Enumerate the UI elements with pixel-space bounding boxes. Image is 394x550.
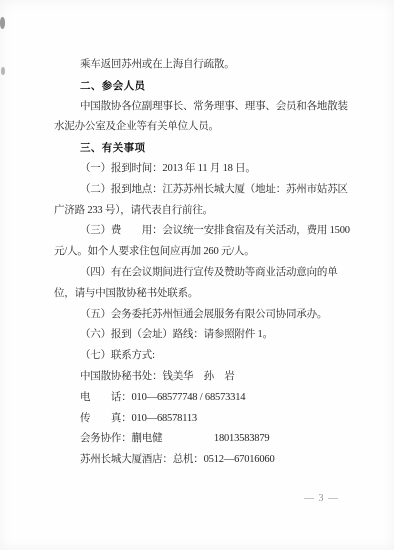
text-line: 电 话：010—68577748 / 68573314 <box>54 388 346 409</box>
text-line: 中国散协秘书处：钱美华 孙 岩 <box>54 367 346 388</box>
text-line: （二）报到地点：江苏苏州长城大厦（地址：苏州市姑苏区 <box>54 180 346 201</box>
text-line: （四）有在会议期间进行宣传及赞助等商业活动意向的单 <box>54 263 346 284</box>
scanned-page: 乘车返回苏州或在上海自行疏散。二、参会人员中国散协各位副理事长、常务理事、理事、… <box>0 0 394 550</box>
text-line: 水泥办公室及企业等有关单位人员。 <box>54 117 346 138</box>
text-line: （一）报到时间：2013 年 11 月 18 日。 <box>54 159 346 180</box>
scan-artifact-speck <box>0 17 5 29</box>
scan-artifact-speck <box>1 67 5 75</box>
text-line: 中国散协各位副理事长、常务理事、理事、会员和各地散装 <box>54 97 346 118</box>
text-line: （三）费 用：会议统一安排食宿及有关活动，费用 1500 <box>54 221 346 242</box>
text-line: （六）报到（会址）路线：请参照附件 1。 <box>54 325 346 346</box>
section-heading: 三、有关事项 <box>54 138 346 159</box>
text-line: 广济路 233 号），请代表自行前往。 <box>54 201 346 222</box>
section-heading: 二、参会人员 <box>54 76 346 97</box>
page-number: — 3 — <box>304 492 339 506</box>
text-line: 传 真：010—68578113 <box>54 409 346 430</box>
text-line: （七）联系方式: <box>54 346 346 367</box>
document-body: 乘车返回苏州或在上海自行疏散。二、参会人员中国散协各位副理事长、常务理事、理事、… <box>54 55 346 471</box>
text-line: （五）会务委托苏州恒通会展服务有限公司协同承办。 <box>54 305 346 326</box>
text-line: 苏州长城大厦酒店：总机：0512—67016060 <box>54 450 346 471</box>
text-line: 乘车返回苏州或在上海自行疏散。 <box>54 55 346 76</box>
text-line: 会务协作：蒯电健 18013583879 <box>54 429 346 450</box>
text-line: 位，请与中国散协秘书处联系。 <box>54 284 346 305</box>
text-line: 元/人。如个人要求住包间应再加 260 元/人。 <box>54 242 346 263</box>
